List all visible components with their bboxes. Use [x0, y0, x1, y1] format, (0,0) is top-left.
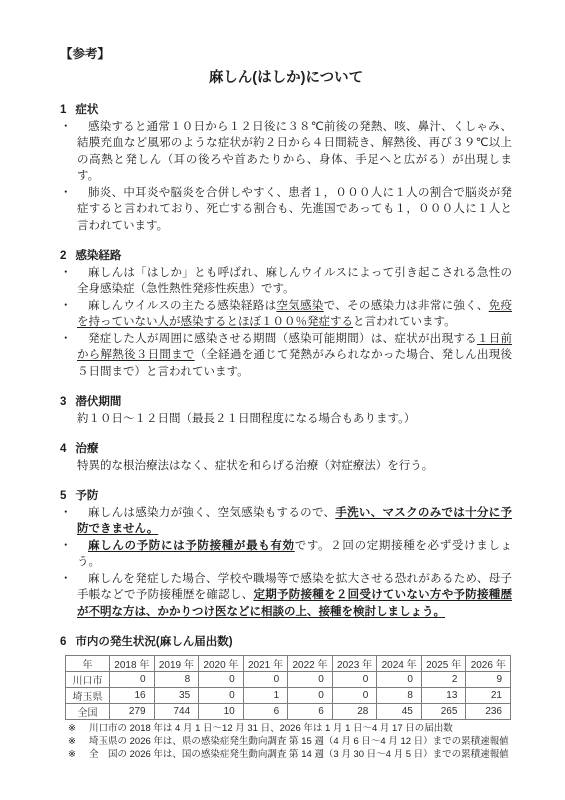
table-row-saitama: 埼玉県 16 35 0 1 0 0 8 13 21 — [66, 687, 511, 703]
value-cell: 0 — [243, 671, 288, 687]
text-segment: 発症した人が周囲に感染させる期間（感染可能期間）は、症状が出現する — [88, 333, 477, 345]
table-header-cell: 2025 年 — [421, 655, 466, 671]
row-label-cell: 川口市 — [66, 671, 110, 687]
document-page: 【参考】 麻しん(はしか)について 1症状 ・感染すると通常１０日から１２日後に… — [0, 0, 565, 800]
section-local-cases: 6市内の発生状況(麻しん届出数) 年 2018 年 2019 年 2020 年 … — [60, 634, 512, 761]
section-title: 治療 — [75, 443, 98, 455]
section-number: 2 — [60, 250, 66, 262]
value-cell: 9 — [466, 671, 511, 687]
section-title: 症状 — [75, 104, 98, 116]
value-cell: 1 — [243, 687, 288, 703]
table-header-cell: 2022 年 — [288, 655, 333, 671]
section-paragraph: 約１０日～１２日間（最長２１日間程度になる場合もあります。） — [77, 411, 512, 428]
value-cell: 279 — [110, 703, 155, 719]
section-number: 4 — [60, 443, 66, 455]
underlined-text-segment: 空気感染 — [276, 300, 323, 312]
bullet-icon: ・ — [60, 571, 72, 588]
text-segment: 感染すると通常１０日から１２日後に３８℃前後の発熱、咳、鼻汁、くしゃみ、結膜充血… — [77, 121, 512, 183]
section-paragraph: 特異的な根治療法はなく、症状を和らげる治療（対症療法）を行う。 — [77, 458, 512, 475]
value-cell: 28 — [332, 703, 377, 719]
reference-mark-icon: ※ — [68, 735, 89, 748]
table-header-cell: 2026 年 — [466, 655, 511, 671]
value-cell: 2 — [421, 671, 466, 687]
section-heading: 4治療 — [60, 441, 512, 458]
bullet-item: ・麻しんは「はしか」とも呼ばれ、麻しんウイルスによって引き起こされる急性の全身感… — [77, 265, 512, 298]
bullet-item: ・肺炎、中耳炎や脳炎を合併しやすく、患者１，０００人に１人の割合で脳炎が発症する… — [77, 185, 512, 235]
value-cell: 21 — [466, 687, 511, 703]
text-segment: で、その感染力は非常に強く、 — [324, 300, 489, 312]
table-header-cell: 2018 年 — [110, 655, 155, 671]
value-cell: 6 — [243, 703, 288, 719]
footnote: ※川口市の 2018 年は 4 月 1 日～12 月 31 日、2026 年は … — [68, 722, 512, 735]
emphasized-text-segment: 麻しんの予防には予防接種が最も有効 — [88, 540, 295, 552]
bullet-icon: ・ — [60, 298, 72, 315]
section-treatment: 4治療 特異的な根治療法はなく、症状を和らげる治療（対症療法）を行う。 — [60, 441, 512, 474]
value-cell: 45 — [377, 703, 422, 719]
footnote-text: 全 国の 2026 年は、国の感染症発生動向調査 第 14 週（3 月 30 日… — [89, 748, 509, 761]
section-title: 潜伏期間 — [75, 396, 121, 408]
section-heading: 6市内の発生状況(麻しん届出数) — [60, 634, 512, 651]
table-header-row: 年 2018 年 2019 年 2020 年 2021 年 2022 年 202… — [66, 655, 511, 671]
bullet-item: ・発症した人が周囲に感染させる期間（感染可能期間）は、症状が出現する１日前から解… — [77, 331, 512, 381]
reference-mark-icon: ※ — [68, 722, 89, 735]
footnote: ※全 国の 2026 年は、国の感染症発生動向調査 第 14 週（3 月 30 … — [68, 748, 512, 761]
value-cell: 0 — [288, 671, 333, 687]
bullet-icon: ・ — [60, 119, 72, 136]
value-cell: 0 — [288, 687, 333, 703]
section-title: 市内の発生状況(麻しん届出数) — [75, 636, 232, 648]
footnote: ※埼玉県の 2026 年は、県の感染症発生動向調査 第 15 週（4 月 6 日… — [68, 735, 512, 748]
text-segment: 麻しんは感染力が強く、空気感染もするので、 — [88, 507, 335, 519]
section-title: 予防 — [75, 490, 98, 502]
footnote-text: 川口市の 2018 年は 4 月 1 日～12 月 31 日、2026 年は 1… — [89, 722, 453, 735]
section-heading: 1症状 — [60, 102, 512, 119]
section-prevention: 5予防 ・麻しんは感染力が強く、空気感染もするので、手洗い、マスクのみでは十分に… — [60, 488, 512, 620]
text-segment: 肺炎、中耳炎や脳炎を合併しやすく、患者１，０００人に１人の割合で脳炎が発症すると… — [77, 187, 512, 232]
bullet-icon: ・ — [60, 185, 72, 202]
section-number: 6 — [60, 636, 66, 648]
value-cell: 0 — [110, 671, 155, 687]
bullet-icon: ・ — [60, 331, 72, 348]
value-cell: 236 — [466, 703, 511, 719]
value-cell: 35 — [154, 687, 199, 703]
table-header-cell: 2020 年 — [199, 655, 244, 671]
section-incubation: 3潜伏期間 約１０日～１２日間（最長２１日間程度になる場合もあります。） — [60, 394, 512, 427]
incidence-table: 年 2018 年 2019 年 2020 年 2021 年 2022 年 202… — [65, 655, 511, 720]
value-cell: 744 — [154, 703, 199, 719]
section-number: 1 — [60, 104, 66, 116]
table-row-national: 全国 279 744 10 6 6 28 45 265 236 — [66, 703, 511, 719]
bullet-item: ・麻しんウイルスの主たる感染経路は空気感染で、その感染力は非常に強く、免疫を持っ… — [77, 298, 512, 331]
text-segment: と言われています。 — [353, 316, 456, 328]
value-cell: 6 — [288, 703, 333, 719]
section-heading: 2感染経路 — [60, 248, 512, 265]
bullet-item: ・麻しんの予防には予防接種が最も有効です。２回の定期接種を必ず受けましょう。 — [77, 538, 512, 571]
section-symptoms: 1症状 ・感染すると通常１０日から１２日後に３８℃前後の発熱、咳、鼻汁、くしゃみ… — [60, 102, 512, 234]
table-header-cell: 2019 年 — [154, 655, 199, 671]
value-cell: 10 — [199, 703, 244, 719]
row-label-cell: 全国 — [66, 703, 110, 719]
section-heading: 5予防 — [60, 488, 512, 505]
value-cell: 0 — [332, 671, 377, 687]
value-cell: 0 — [332, 687, 377, 703]
table-header-cell: 年 — [66, 655, 110, 671]
value-cell: 8 — [154, 671, 199, 687]
section-transmission: 2感染経路 ・麻しんは「はしか」とも呼ばれ、麻しんウイルスによって引き起こされる… — [60, 248, 512, 380]
text-segment: 麻しんは「はしか」とも呼ばれ、麻しんウイルスによって引き起こされる急性の全身感染… — [77, 267, 512, 296]
value-cell: 8 — [377, 687, 422, 703]
value-cell: 13 — [421, 687, 466, 703]
table-header-cell: 2024 年 — [377, 655, 422, 671]
page-title: 麻しん(はしか)について — [60, 68, 512, 88]
section-title: 感染経路 — [75, 250, 121, 262]
section-number: 3 — [60, 396, 66, 408]
section-heading: 3潜伏期間 — [60, 394, 512, 411]
reference-mark-icon: ※ — [68, 748, 89, 761]
section-number: 5 — [60, 490, 66, 502]
row-label-cell: 埼玉県 — [66, 687, 110, 703]
bullet-item: ・麻しんを発症した場合、学校や職場等で感染を拡大させる恐れがあるため、母子手帳な… — [77, 571, 512, 621]
bullet-icon: ・ — [60, 538, 72, 555]
value-cell: 16 — [110, 687, 155, 703]
text-segment: 麻しんウイルスの主たる感染経路は — [88, 300, 276, 312]
value-cell: 0 — [199, 671, 244, 687]
table-header-cell: 2021 年 — [243, 655, 288, 671]
footnote-text: 埼玉県の 2026 年は、県の感染症発生動向調査 第 15 週（4 月 6 日～… — [89, 735, 509, 748]
table-row-kawaguchi: 川口市 0 8 0 0 0 0 0 2 9 — [66, 671, 511, 687]
bullet-item: ・麻しんは感染力が強く、空気感染もするので、手洗い、マスクのみでは十分に予防でき… — [77, 505, 512, 538]
bullet-icon: ・ — [60, 265, 72, 282]
value-cell: 0 — [377, 671, 422, 687]
reference-tag: 【参考】 — [60, 46, 512, 62]
bullet-icon: ・ — [60, 505, 72, 522]
bullet-item: ・感染すると通常１０日から１２日後に３８℃前後の発熱、咳、鼻汁、くしゃみ、結膜充… — [77, 119, 512, 185]
footnotes: ※川口市の 2018 年は 4 月 1 日～12 月 31 日、2026 年は … — [68, 722, 512, 761]
value-cell: 0 — [199, 687, 244, 703]
value-cell: 265 — [421, 703, 466, 719]
table-header-cell: 2023 年 — [332, 655, 377, 671]
